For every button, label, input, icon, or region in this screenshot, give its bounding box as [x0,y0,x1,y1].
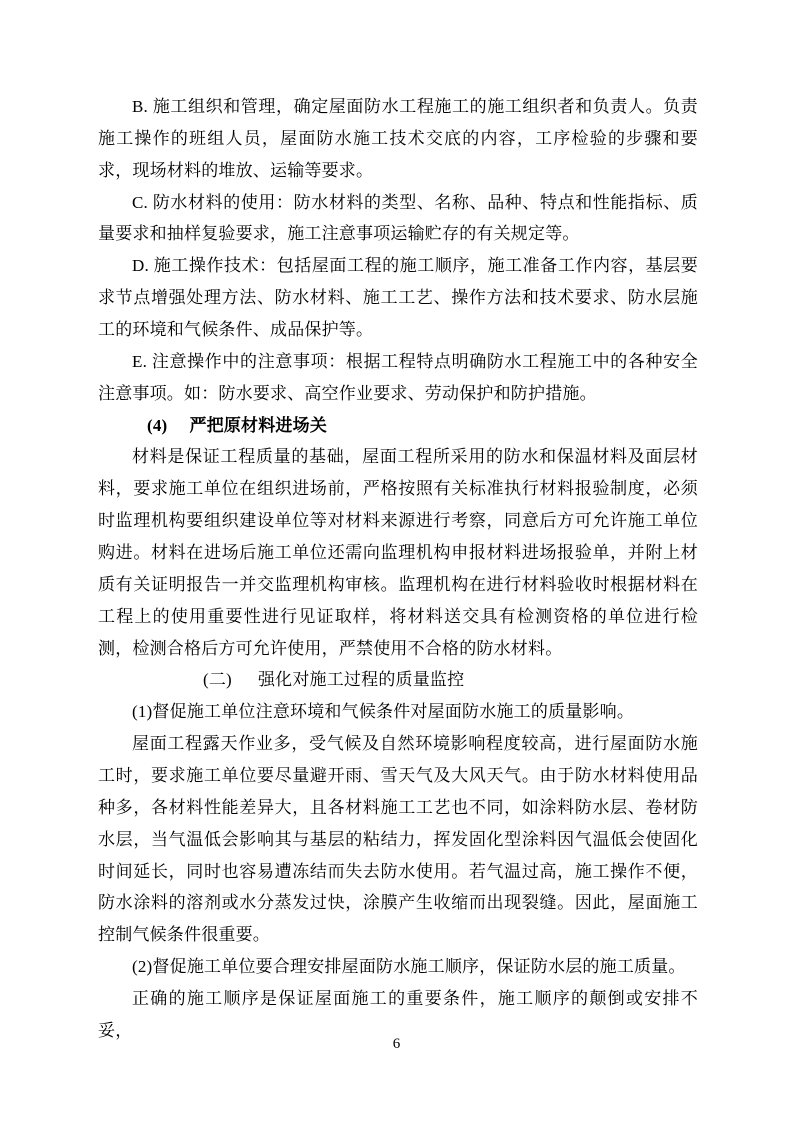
body-paragraph-materials: 材料是保证工程质量的基础，屋面工程所采用的防水和保温材料及面层材料，要求施工单位… [98,441,698,664]
section-heading-2-title: 强化对施工过程的质量监控 [258,670,464,689]
subsection-heading-4-title: 严把原材料进场关 [189,416,327,435]
page-number: 6 [393,1036,401,1052]
body-paragraph-c: C. 防水材料的使用：防水材料的类型、名称、品种、特点和性能指标、质量要求和抽样… [98,187,698,251]
section-heading-2: (二)强化对施工过程的质量监控 [98,664,698,696]
page-footer: 6 [0,1034,793,1054]
body-paragraph-item2: (2)督促施工单位要合理安排屋面防水施工顺序，保证防水层的施工质量。 [98,951,698,983]
section-heading-2-marker: (二) [203,670,232,689]
body-paragraph-item1: (1)督促施工单位注意环境和气候条件对屋面防水施工的质量影响。 [98,696,698,728]
document-page: B. 施工组织和管理，确定屋面防水工程施工的施工组织者和负责人。负责施工操作的班… [0,0,793,1122]
body-paragraph-b: B. 施工组织和管理，确定屋面防水工程施工的施工组织者和负责人。负责施工操作的班… [98,91,698,187]
page-body: B. 施工组织和管理，确定屋面防水工程施工的施工组织者和负责人。负责施工操作的班… [98,91,698,1047]
body-paragraph-e: E. 注意操作中的注意事项：根据工程特点明确防水工程施工中的各种安全注意事项。如… [98,346,698,410]
subsection-heading-4-marker: (4) [147,416,167,435]
subsection-heading-4: (4)严把原材料进场关 [98,410,698,442]
body-paragraph-d: D. 施工操作技术：包括屋面工程的施工顺序，施工准备工作内容，基层要求节点增强处… [98,250,698,346]
body-paragraph-weather: 屋面工程露天作业多，受气候及自然环境影响程度较高，进行屋面防水施工时，要求施工单… [98,728,698,951]
